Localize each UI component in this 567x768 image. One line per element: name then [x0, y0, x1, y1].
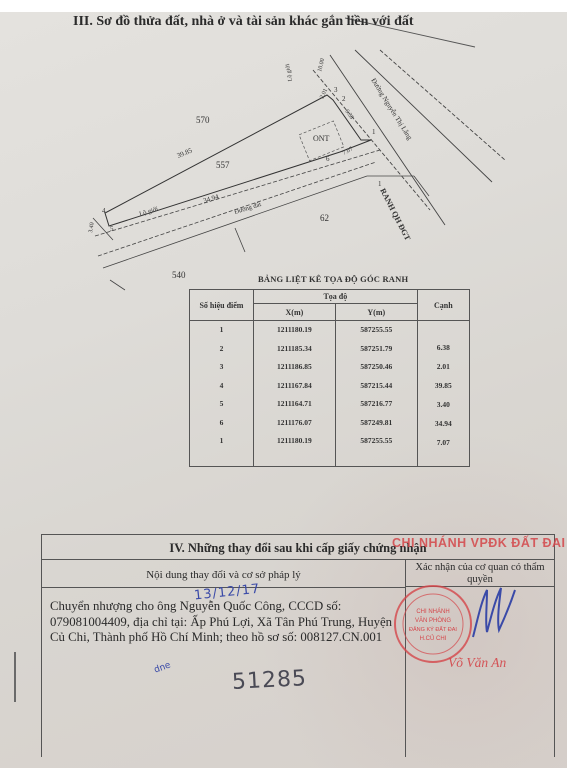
handwritten-number: 51285 [231, 666, 307, 695]
svg-text:540: 540 [172, 270, 186, 280]
handwritten-initials: dne [153, 660, 172, 675]
svg-text:3.40: 3.40 [88, 222, 96, 233]
svg-text:3: 3 [334, 86, 338, 94]
svg-text:557: 557 [216, 160, 230, 170]
header-edge: Cạnh [417, 290, 469, 321]
main-road-lines [313, 18, 505, 225]
land-plot-diagram: 570 557 62 540 ONT Đường Nguyễn Thị Lắng… [0, 0, 567, 300]
svg-text:H.CỦ CHI: H.CỦ CHI [420, 635, 447, 642]
svg-text:570: 570 [196, 115, 210, 125]
column-header-content: Nội dung thay đổi và cơ sở pháp lý [42, 560, 406, 588]
side-road-lines [95, 150, 429, 290]
coordinate-table-caption: BẢNG LIỆT KÊ TỌA ĐỘ GÓC RANH [258, 274, 408, 284]
signature-icon [465, 582, 520, 642]
section-3-title: III. Sơ đồ thửa đất, nhà ở và tài sản kh… [73, 14, 414, 30]
svg-text:7.07: 7.07 [342, 146, 354, 156]
svg-text:4: 4 [102, 207, 106, 215]
svg-text:ONT: ONT [313, 134, 330, 143]
official-seal-icon: CHI NHÁNH VĂN PHÒNG ĐĂNG KÝ ĐẤT ĐAI H.CỦ… [392, 583, 474, 665]
svg-text:CHI NHÁNH: CHI NHÁNH [416, 608, 449, 615]
edge-column: 6.38 2.01 39.85 3.40 34.94 7.07 [417, 321, 469, 467]
header-x: X(m) [253, 304, 335, 321]
svg-text:Lộ giới: Lộ giới [285, 63, 294, 82]
signer-name: Võ Văn An [448, 655, 506, 671]
svg-text:39.85: 39.85 [176, 146, 194, 160]
stamp-office-name: CHI NHÁNH VPĐK ĐẤT ĐAI [392, 536, 566, 550]
header-point: Số hiệu điểm [190, 290, 254, 321]
svg-text:ĐĂNG KÝ ĐẤT ĐAI: ĐĂNG KÝ ĐẤT ĐAI [409, 626, 457, 633]
svg-text:34.94: 34.94 [202, 193, 220, 205]
change-entry-text: Chuyển nhượng cho ông Nguyễn Quốc Công, … [50, 599, 400, 646]
x-column: 1211180.19 1211185.34 1211186.85 1211167… [253, 321, 335, 467]
svg-text:10.00: 10.00 [317, 58, 326, 73]
svg-text:Đường Nguyễn Thị Lắng: Đường Nguyễn Thị Lắng [369, 77, 414, 142]
changes-section: IV. Những thay đổi sau khi cấp giấy chứn… [41, 534, 555, 757]
y-column: 587255.55 587251.79 587250.46 587215.44 … [335, 321, 417, 467]
svg-text:62: 62 [320, 213, 329, 223]
svg-text:1: 1 [372, 128, 376, 136]
svg-text:VĂN PHÒNG: VĂN PHÒNG [415, 617, 451, 624]
page-fold [14, 652, 16, 702]
header-y: Y(m) [335, 304, 417, 321]
header-coords: Tọa độ [253, 290, 417, 304]
svg-text:2: 2 [342, 95, 346, 103]
point-column: 1 2 3 4 5 6 1 [190, 321, 254, 467]
svg-text:RANH QH ĐGT: RANH QH ĐGT [378, 187, 412, 243]
parcel-557-boundary [105, 95, 371, 226]
svg-text:2.01: 2.01 [319, 88, 329, 100]
svg-text:Lộ giới: Lộ giới [139, 206, 160, 218]
svg-text:6: 6 [326, 155, 330, 163]
svg-text:6.38: 6.38 [343, 109, 354, 121]
svg-text:1: 1 [378, 180, 382, 188]
coordinate-table: Số hiệu điểm Tọa độ Cạnh X(m) Y(m) 1 2 3… [189, 289, 470, 467]
svg-text:5: 5 [110, 225, 114, 233]
